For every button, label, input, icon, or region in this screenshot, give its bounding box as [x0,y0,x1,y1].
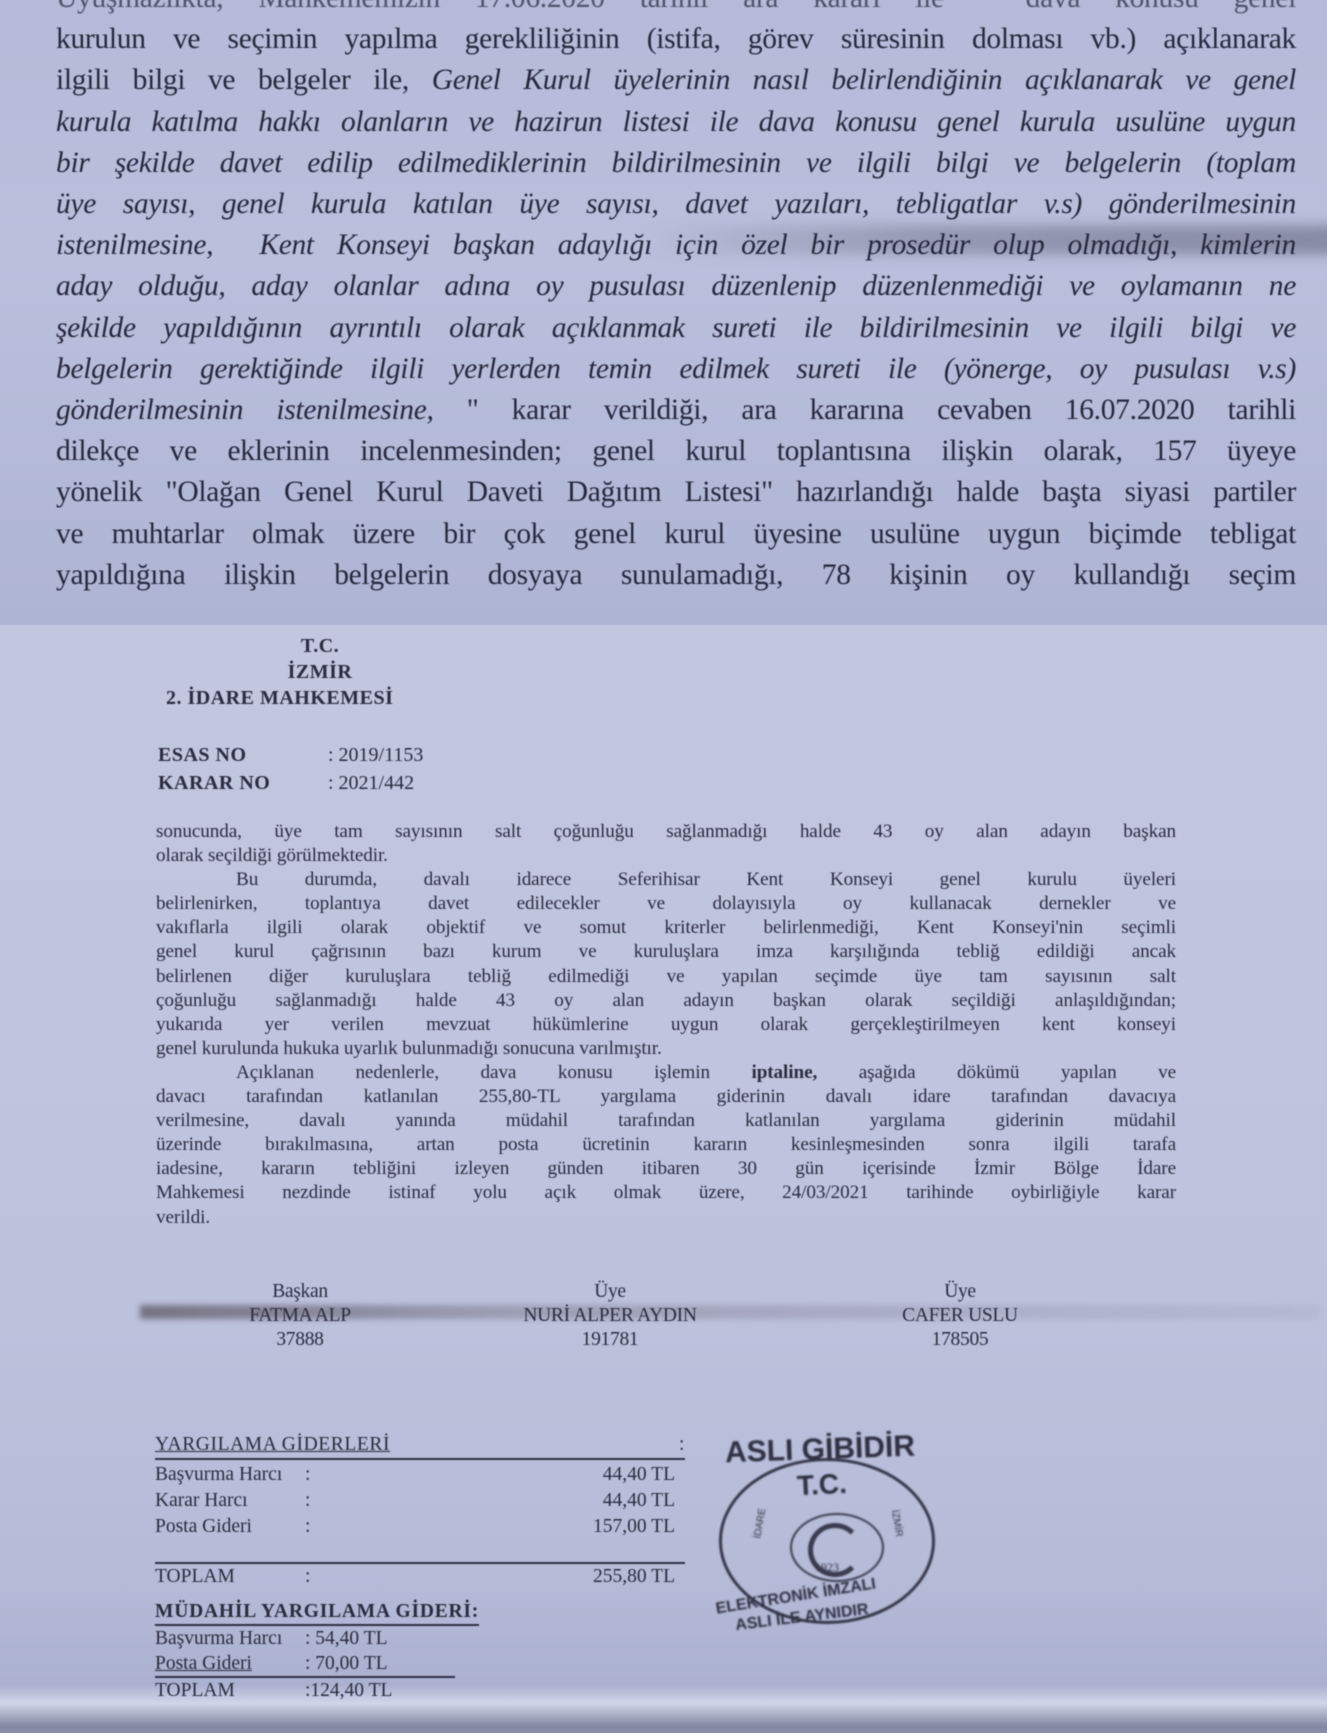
text-line: dilekçe ve eklerinin incelenmesinden; ge… [56,431,1296,472]
costs-title-text: YARGILAMA GİDERLERİ [155,1432,390,1458]
cost-row: Başvurma Harcı : 44,40 TL [155,1462,685,1488]
signature-role: Başkan [200,1280,400,1304]
cost-row: Posta Gideri : 157,00 TL [155,1514,685,1540]
text-line: üzerinde bırakılmasına, artan posta ücre… [156,1133,1176,1157]
text-line: verildi. [156,1206,1176,1230]
signature-number: 191781 [470,1328,750,1352]
text-italic: Kent Konseyi başkan adaylığı için özel b… [259,229,1296,261]
text-line: şekilde yapıldığının ayrıntılı olarak aç… [56,308,1296,349]
spacer [155,1540,685,1562]
signature-number: 37888 [200,1328,400,1352]
intervener-costs-table: MÜDAHİL YARGILAMA GİDERİ: Başvurma Harcı… [155,1599,575,1703]
text-plain: aşağıda dökümü yapılan ve [859,1062,1176,1083]
text-line: kurulun ve seçimin yapılma gerekliliğini… [56,19,1296,60]
intervener-cost-row: Posta Gideri : 70,00 TL [155,1651,455,1678]
cost-label: Başvurma Harcı [155,1626,305,1651]
cost-total-row: TOPLAM : 255,80 TL [155,1562,685,1590]
official-stamp: ASLI GİBİDİR T.C. 1923 İDARE İZMİR ELEKT… [705,1433,985,1643]
country-label: T.C. [150,633,490,659]
karar-label: KARAR NO [158,769,328,797]
case-meta: ESAS NO : 2019/1153 KARAR NO : 2021/442 [158,741,423,797]
cost-colon: : [305,1462,345,1488]
signature-member-2: Üye CAFER USLU 178505 [820,1280,1100,1352]
text-line: Açıklanan nedenlerle, dava konusu işlemi… [156,1061,1176,1085]
text-line: üye sayısı, genel kurula katılan üye say… [56,184,1296,225]
text-line: genel kurulunda hukuka uyarlık bulunmadı… [156,1037,1176,1061]
signature-member-1: Üye NURİ ALPER AYDIN 191781 [470,1280,750,1352]
signature-block: Başkan FATMA ALP 37888 Üye NURİ ALPER AY… [200,1280,1100,1352]
cost-total-label: TOPLAM [155,1678,305,1703]
court-costs-table: YARGILAMA GİDERLERİ : Başvurma Harcı : 4… [155,1432,685,1590]
signature-name: NURİ ALPER AYDIN [470,1304,750,1328]
intervener-costs-title: MÜDAHİL YARGILAMA GİDERİ: [155,1599,479,1626]
intervener-total-row: TOPLAM :124,40 TL [155,1678,455,1703]
text-plain: Açıklanan nedenlerle, dava konusu işlemi… [236,1062,710,1083]
text-line: vakıflarla ilgili olarak objektif ve som… [156,916,1176,940]
signature-role: Üye [820,1280,1100,1304]
upper-page-text: Uyuşmazlıkta, Mahkememizin 17.06.2020 ta… [56,0,1296,596]
text-line: Uyuşmazlıkta, Mahkememizin 17.06.2020 ta… [56,0,1296,19]
decision-body: sonucunda, üye tam sayısının salt çoğunl… [156,820,1176,1230]
cost-amount: 44,40 TL [345,1488,685,1514]
bold-word: iptaline, [751,1062,817,1083]
text-line: bir şekilde davet edilip edilmediklerini… [56,143,1296,184]
text-plain: ilgili bilgi ve belgeler ile, [56,64,409,96]
cost-colon: : [305,1564,345,1590]
text-line: gönderilmesinin istenilmesine, " karar v… [56,390,1296,431]
cost-amount: : 70,00 TL [305,1651,455,1676]
cost-label: Karar Harcı [155,1488,305,1514]
text-line: Bu durumda, davalı idarece Seferihisar K… [156,868,1176,892]
cost-amount: 44,40 TL [345,1462,685,1488]
cost-total-amount: 255,80 TL [345,1564,685,1590]
esas-row: ESAS NO : 2019/1153 [158,741,423,769]
signature-role: Üye [470,1280,750,1304]
cost-label: Başvurma Harcı [155,1462,305,1488]
esas-value: : 2019/1153 [328,741,423,769]
text-line: olarak seçildiği görülmektedir. [156,844,1176,868]
text-line: ilgili bilgi ve belgeler ile, Genel Kuru… [56,60,1296,101]
text-line: yönelik "Olağan Genel Kurul Daveti Dağıt… [56,472,1296,513]
costs-title: YARGILAMA GİDERLERİ : [155,1432,685,1460]
stamp-year: 1923 [815,1560,839,1575]
text-line: Mahkemesi nezdinde istinaf yolu açık olm… [156,1181,1176,1205]
stamp-top-text: ASLI GİBİDİR [724,1430,915,1471]
cost-total-amount: :124,40 TL [305,1678,455,1703]
signature-name: FATMA ALP [200,1304,400,1328]
signature-name: CAFER USLU [820,1304,1100,1328]
costs-title-colon: : [679,1432,685,1458]
text-line: ve muhtarlar olmak üzere bir çok genel k… [56,514,1296,555]
text-line: iadesine, kararın tebliğini izleyen günd… [156,1157,1176,1181]
cost-row: Karar Harcı : 44,40 TL [155,1488,685,1514]
text-line: belirlenirken, toplantıya davet edilecek… [156,892,1176,916]
text-line: çoğunluğu sağlanmadığı halde 43 oy alan … [156,989,1176,1013]
lower-page-photo: T.C. İZMİR 2. İDARE MAHKEMESİ ESAS NO : … [0,625,1327,1733]
text-line: istenilmesine, Kent Konseyi başkan adayl… [56,225,1296,266]
text-line: davacı tarafından katlanılan 255,80-TL y… [156,1085,1176,1109]
intervener-cost-row: Başvurma Harcı : 54,40 TL [155,1626,455,1651]
karar-row: KARAR NO : 2021/442 [158,769,423,797]
city-label: İZMİR [150,659,490,685]
text-line: genel kurul çağrısının bazı kurum ve kur… [156,940,1176,964]
text-line: belirlenen diğer kuruluşlara tebliğ edil… [156,965,1176,989]
cost-amount: : 54,40 TL [305,1626,455,1651]
text-line: sonucunda, üye tam sayısının salt çoğunl… [156,820,1176,844]
text-line: belgelerin gerektiğinde ilgili yerlerden… [56,349,1296,390]
text-line: aday olduğu, aday olanlar adına oy pusul… [56,266,1296,307]
text-italic: istenilmesine, [56,229,213,261]
court-name: 2. İDARE MAHKEMESİ [150,685,490,711]
text-italic: gönderilmesinin istenilmesine, [56,394,434,426]
signature-number: 178505 [820,1328,1100,1352]
text-line: yukarıda yer verilen mevzuat hükümlerine… [156,1013,1176,1037]
upper-page-photo: Uyuşmazlıkta, Mahkememizin 17.06.2020 ta… [0,0,1327,625]
signature-chair: Başkan FATMA ALP 37888 [200,1280,400,1352]
cost-colon: : [305,1488,345,1514]
cost-colon: : [305,1514,345,1540]
text-line: yapıldığına ilişkin belgelerin dosyaya s… [56,555,1296,596]
cost-label: Posta Gideri [155,1514,305,1540]
court-decision-page: T.C. İZMİR 2. İDARE MAHKEMESİ ESAS NO : … [0,625,1327,1733]
text-line: kurula katılma hakkı olanların ve haziru… [56,102,1296,143]
esas-label: ESAS NO [158,741,328,769]
text-italic: Genel Kurul üyelerinin nasıl belirlendiğ… [432,64,1296,96]
karar-value: : 2021/442 [328,769,414,797]
cost-label: Posta Gideri [155,1651,305,1676]
text-line: verilmesine, davalı yanında müdahil tara… [156,1109,1176,1133]
court-header: T.C. İZMİR 2. İDARE MAHKEMESİ [150,633,490,711]
cost-amount: 157,00 TL [345,1514,685,1540]
stamp-center-text: T.C. [796,1468,847,1503]
text-plain: " karar verildiği, ara kararına cevaben … [467,394,1296,426]
cost-total-label: TOPLAM [155,1564,305,1590]
